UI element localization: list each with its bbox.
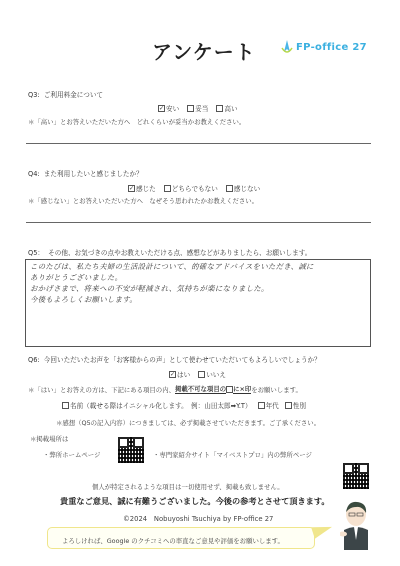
q6-options: ✓はい いいえ (169, 369, 226, 379)
homepage-qr-code-icon[interactable] (118, 437, 144, 463)
checkbox-icon (226, 386, 233, 393)
q4-options: ✓感じた どちらでもない 感じない (128, 183, 260, 193)
checkbox-icon[interactable] (198, 371, 205, 378)
thanks-message: 貴重なご意見、誠に有難うございました。今後の参考とさせて頂きます。 (60, 496, 330, 507)
q6-note: ＊「はい」とお答えの方は、下記にある項目の内、 掲載不可な項目の に×印 をお願… (28, 384, 302, 394)
privacy-note: 個人が特定されるような項目は一切使用せず、掲載も致しません。 (92, 482, 284, 491)
q3-answer-line[interactable] (26, 143, 371, 144)
q6-publish-items: 名前（載せる際はイニシャル化します。 例：山田太郎➡Y.T） 年代 性別 (62, 400, 306, 410)
mybestpro-qr-code-icon[interactable] (343, 463, 369, 489)
place-homepage: ・弊所ホームページ (43, 450, 100, 459)
company-logo: FP-office 27 (281, 40, 367, 54)
q6-places-label: ＊掲載場所は (30, 434, 68, 443)
q6-item-gender[interactable]: 性別 (285, 400, 306, 410)
q3-option-cheap[interactable]: ✓安い (158, 103, 179, 113)
checkbox-checked-icon[interactable]: ✓ (128, 185, 135, 192)
q4-option-neutral[interactable]: どちらでもない (164, 183, 218, 193)
q6-item-age[interactable]: 年代 (258, 400, 279, 410)
q5-answer-line-1: このたびは、私たち夫婦の生活設計について、的確なアドバイスをいただき、誠に (30, 261, 314, 272)
checkbox-icon[interactable] (187, 105, 194, 112)
q6-option-yes[interactable]: ✓はい (169, 369, 190, 379)
q5-answer-line-3: おかげさまで、将来への不安が軽減され、気持ちが楽になりました。 (30, 283, 269, 294)
q5-answer-line-2: ありがとうございました。 (30, 272, 122, 283)
q3-note: ＊「高い」とお答えいただいた方へ どれくらいが妥当かお教えください。 (28, 117, 245, 126)
q6-item-name[interactable]: 名前（載せる際はイニシャル化します。 例：山田太郎➡Y.T） (62, 400, 252, 410)
q3-option-fair[interactable]: 妥当 (187, 103, 208, 113)
checkbox-checked-icon[interactable]: ✓ (169, 371, 176, 378)
checkbox-icon[interactable] (164, 185, 171, 192)
checkbox-icon[interactable] (216, 105, 223, 112)
logo-mark-icon (281, 40, 293, 54)
checkbox-checked-icon[interactable]: ✓ (158, 105, 165, 112)
q4-answer-line[interactable] (26, 222, 371, 223)
q6-question: Q6: 今回いただいたお声を「お客様からの声」として使わせていただいてもよろしい… (28, 354, 321, 364)
q3-question: Q3: ご利用料金について (28, 89, 103, 99)
checkbox-icon[interactable] (285, 402, 292, 409)
q4-question: Q4: また利用したいと感じましたか？ (28, 168, 143, 178)
checkbox-icon[interactable] (62, 402, 69, 409)
page-title: アンケート (152, 36, 256, 65)
q4-option-yes[interactable]: ✓感じた (128, 183, 156, 193)
checkbox-icon[interactable] (226, 185, 233, 192)
checkbox-icon[interactable] (258, 402, 265, 409)
q6-option-no[interactable]: いいえ (198, 369, 226, 379)
copyright: ©2024 Nobuyoshi Tsuchiya by FP-office 27 (123, 513, 273, 523)
q5-answer-line-4: 今後もよろしくお願いします。 (30, 294, 137, 305)
q4-option-no[interactable]: 感じない (226, 183, 260, 193)
speech-bubble-tail (311, 521, 334, 539)
q3-options: ✓安い 妥当 高い (158, 103, 238, 113)
place-mybestpro: ・専門家紹介サイト「マイベストプロ」内の弊所ページ (153, 450, 312, 459)
advisor-avatar-icon (340, 500, 370, 550)
q5-question: Q5： その他、お気づきの点やお教えいただける点、感想などがありましたら、お願い… (28, 247, 311, 257)
google-review-request: よろしければ、Google のクチコミへの率直なご意見や評価をお願いします。 (62, 536, 284, 545)
q6-mandatory-note: ＊感想（Q5の記入内容）につきましては、必ず掲載させていただきます。ご了承くださ… (56, 418, 320, 427)
q4-note: ＊「感じない」とお答えいただいた方へ なぜそう思われたかお教えください。 (28, 196, 258, 205)
logo-text: FP-office 27 (296, 42, 367, 53)
q3-option-expensive[interactable]: 高い (216, 103, 237, 113)
